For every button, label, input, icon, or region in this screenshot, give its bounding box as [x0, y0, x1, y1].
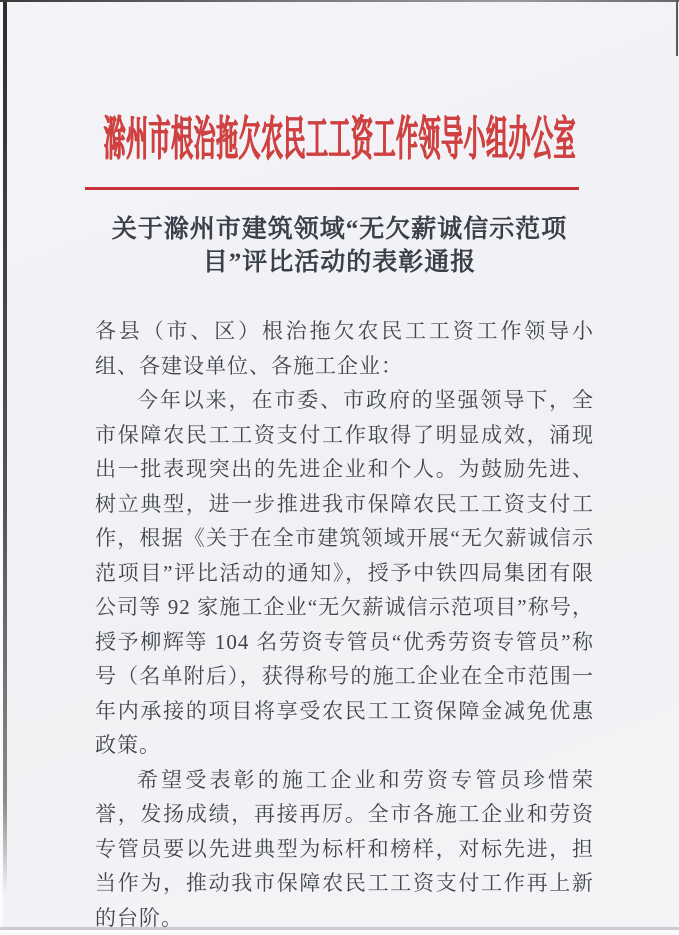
- document-title-line-1: 关于滁州市建筑领域“无欠薪诚信示范项: [112, 216, 568, 243]
- salutation: 各县（市、区）根治拖欠农民工工资工作领导小组、各建设单位、各施工企业：: [95, 314, 594, 383]
- scanned-page: 滁州市根治拖欠农民工工资工作领导小组办公室 关于滁州市建筑领域“无欠薪诚信示范项…: [0, 0, 679, 930]
- letterhead-divider-line: [85, 187, 579, 190]
- scan-edge-top: [0, 0, 679, 2]
- page-number: - 1 -: [0, 870, 679, 886]
- document-body: 各县（市、区）根治拖欠农民工工资工作领导小组、各建设单位、各施工企业： 今年以来…: [95, 314, 594, 930]
- scan-edge-right: [676, 0, 678, 56]
- document-title: 关于滁州市建筑领域“无欠薪诚信示范项 目”评比活动的表彰通报: [55, 213, 624, 279]
- letterhead-org-name: 滁州市根治拖欠农民工工资工作领导小组办公室: [0, 112, 679, 168]
- paragraph-2: 希望受表彰的施工企业和劳资专管员珍惜荣誉，发扬成绩，再接再厉。全市各施工企业和劳…: [95, 763, 594, 931]
- paragraph-1: 今年以来，在市委、市政府的坚强领导下，全市保障农民工工资支付工作取得了明显成效，…: [95, 383, 594, 763]
- document-title-line-2: 目”评比活动的表彰通报: [203, 249, 477, 276]
